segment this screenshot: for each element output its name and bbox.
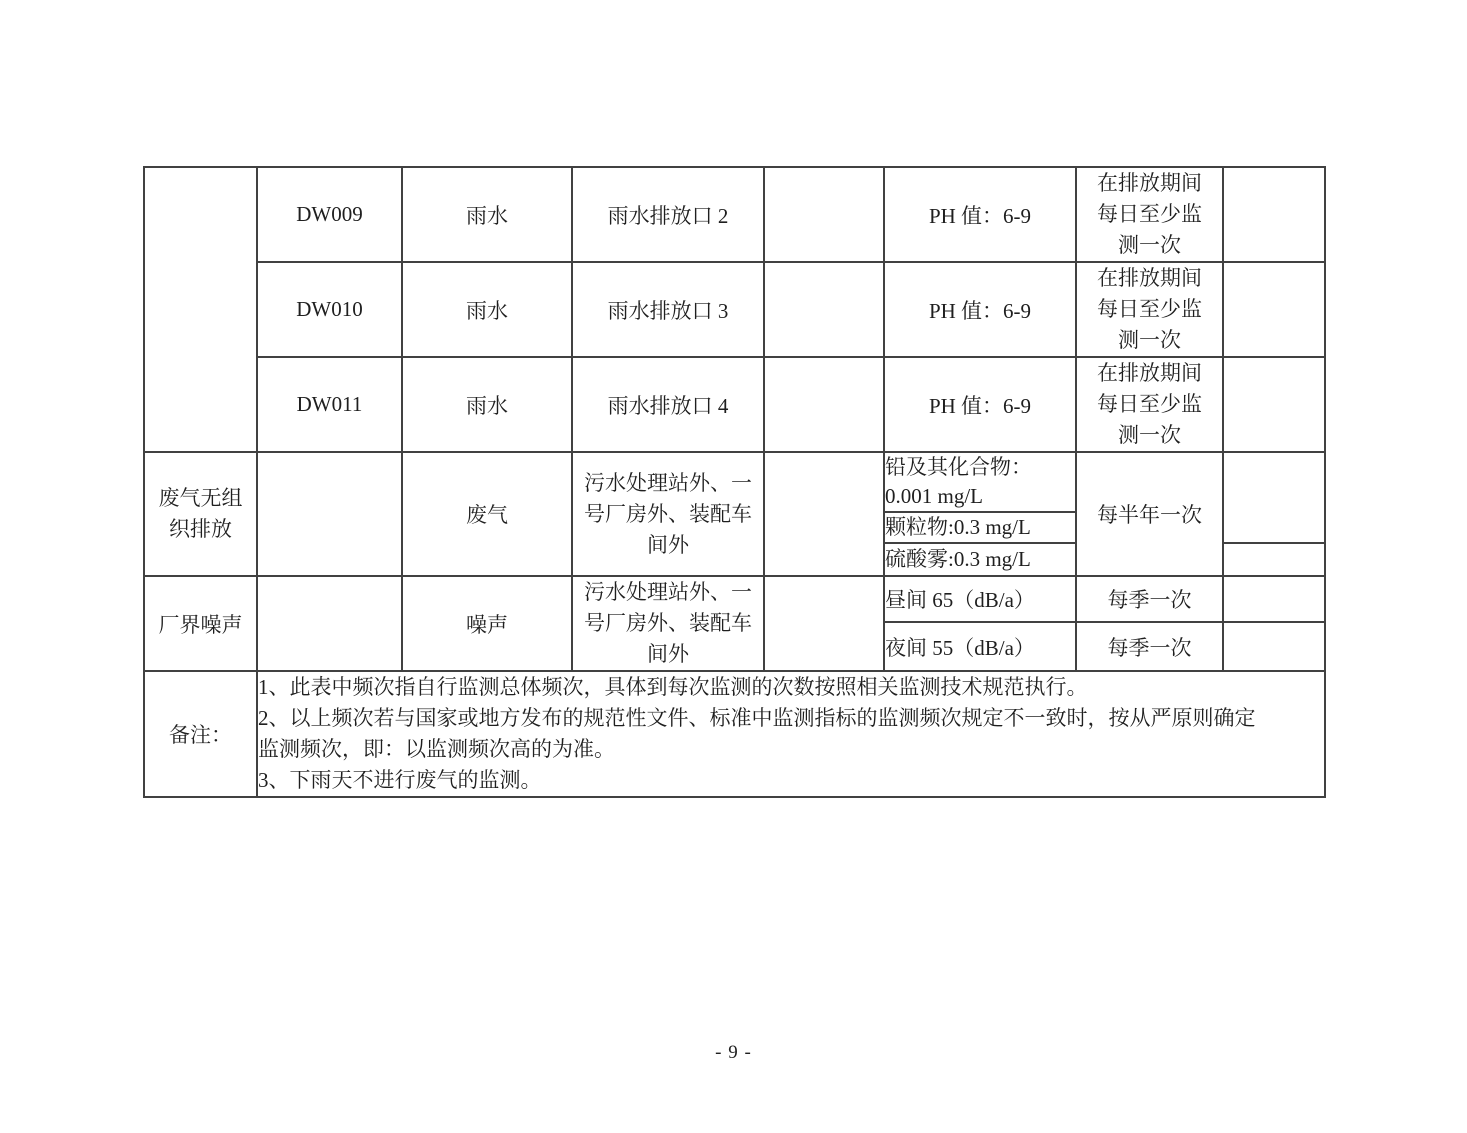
table-row-remarks: 备注： 1、此表中频次指自行监测总体频次，具体到每次监测的次数按照相关监测技术规… xyxy=(144,671,1325,797)
remarks-content: 1、此表中频次指自行监测总体频次，具体到每次监测的次数按照相关监测技术规范执行。… xyxy=(257,671,1325,797)
cell-category: 废气无组 织排放 xyxy=(144,452,257,576)
remarks-label: 备注： xyxy=(144,671,257,797)
cell-outlet-code: DW011 xyxy=(257,357,402,452)
cell-empty xyxy=(1223,357,1325,452)
cell-outlet-code: DW010 xyxy=(257,262,402,357)
cell-empty xyxy=(1223,452,1325,543)
cell-waste-type: 雨水 xyxy=(402,262,572,357)
cell-frequency: 在排放期间 每日至少监 测一次 xyxy=(1076,262,1223,357)
cell-waste-type: 噪声 xyxy=(402,576,572,671)
page-number: - 9 - xyxy=(0,1042,1467,1064)
table-row-dw010: DW010 雨水 雨水排放口 3 PH 值：6-9 在排放期间 每日至少监 测一… xyxy=(144,262,1325,357)
cell-indicator: PH 值：6-9 xyxy=(884,357,1076,452)
table-row-dw011: DW011 雨水 雨水排放口 4 PH 值：6-9 在排放期间 每日至少监 测一… xyxy=(144,357,1325,452)
cell-indicator-lead: 铅及其化合物： 0.001 mg/L xyxy=(884,452,1076,512)
cell-empty xyxy=(764,576,884,671)
cell-frequency: 每季一次 xyxy=(1076,576,1223,622)
monitoring-table: DW009 雨水 雨水排放口 2 PH 值：6-9 在排放期间 每日至少监 测一… xyxy=(143,166,1326,798)
cell-indicator-particulate: 颗粒物:0.3 mg/L xyxy=(884,512,1076,543)
cell-empty xyxy=(257,576,402,671)
table-row-dw009: DW009 雨水 雨水排放口 2 PH 值：6-9 在排放期间 每日至少监 测一… xyxy=(144,167,1325,262)
cell-outlet-code: DW009 xyxy=(257,167,402,262)
cell-empty xyxy=(257,452,402,576)
cell-outlet-name: 雨水排放口 3 xyxy=(572,262,764,357)
cell-empty xyxy=(1223,622,1325,671)
cell-category-empty xyxy=(144,167,257,452)
cell-waste-type: 雨水 xyxy=(402,357,572,452)
cell-category: 厂界噪声 xyxy=(144,576,257,671)
document-page: DW009 雨水 雨水排放口 2 PH 值：6-9 在排放期间 每日至少监 测一… xyxy=(0,0,1467,1133)
cell-waste-type: 废气 xyxy=(402,452,572,576)
cell-indicator-night: 夜间 55（dB/a） xyxy=(884,622,1076,671)
cell-outlet-name: 雨水排放口 2 xyxy=(572,167,764,262)
cell-empty xyxy=(764,452,884,576)
cell-waste-type: 雨水 xyxy=(402,167,572,262)
cell-empty xyxy=(764,357,884,452)
cell-frequency: 在排放期间 每日至少监 测一次 xyxy=(1076,357,1223,452)
cell-empty xyxy=(1223,576,1325,622)
cell-frequency: 每季一次 xyxy=(1076,622,1223,671)
cell-indicator-day: 昼间 65（dB/a） xyxy=(884,576,1076,622)
cell-empty xyxy=(764,167,884,262)
cell-frequency: 每半年一次 xyxy=(1076,452,1223,576)
table-row-waste-gas-lead: 废气无组 织排放 废气 污水处理站外、一 号厂房外、装配车 间外 铅及其化合物：… xyxy=(144,452,1325,512)
cell-indicator: PH 值：6-9 xyxy=(884,262,1076,357)
cell-monitor-location: 污水处理站外、一 号厂房外、装配车 间外 xyxy=(572,576,764,671)
cell-frequency: 在排放期间 每日至少监 测一次 xyxy=(1076,167,1223,262)
cell-empty xyxy=(1223,543,1325,576)
cell-outlet-name: 雨水排放口 4 xyxy=(572,357,764,452)
cell-indicator: PH 值：6-9 xyxy=(884,167,1076,262)
cell-monitor-location: 污水处理站外、一 号厂房外、装配车 间外 xyxy=(572,452,764,576)
cell-empty xyxy=(1223,262,1325,357)
cell-indicator-acid-mist: 硫酸雾:0.3 mg/L xyxy=(884,543,1076,576)
table-row-noise-day: 厂界噪声 噪声 污水处理站外、一 号厂房外、装配车 间外 昼间 65（dB/a）… xyxy=(144,576,1325,622)
cell-empty xyxy=(1223,167,1325,262)
cell-empty xyxy=(764,262,884,357)
